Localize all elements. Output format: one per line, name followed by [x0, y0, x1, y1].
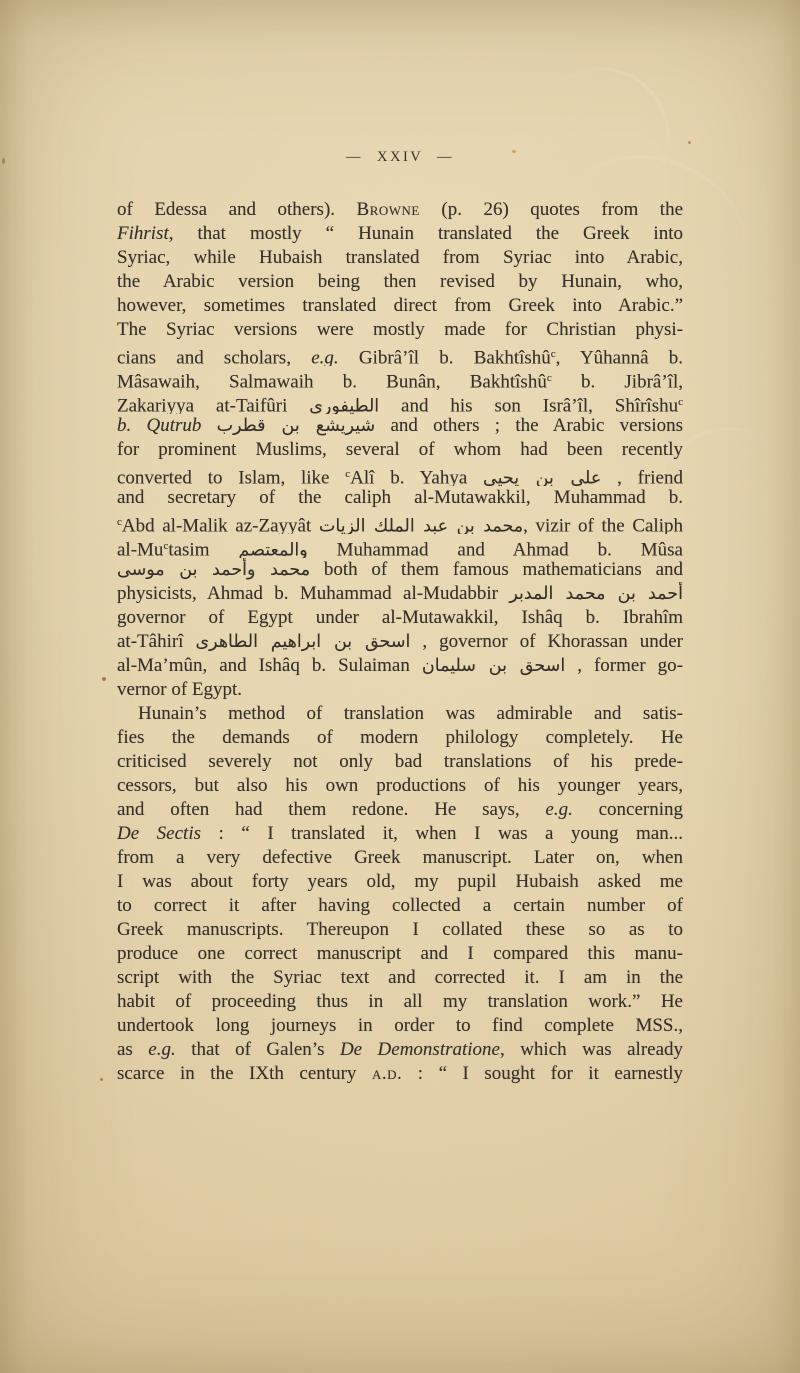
text-segment: that of Galen’s	[176, 1039, 340, 1060]
ink-speck	[100, 1078, 103, 1081]
arabic-phrase: الطيفورى	[309, 397, 379, 415]
text-segment: criticised severely not only bad transla…	[117, 751, 683, 772]
text-segment: from a very defective Greek manuscript. …	[117, 847, 683, 868]
text-segment: vernor of Egypt.	[117, 679, 242, 700]
text-segment: Mâsawaih, Salmawaih b. Bunân, Bakhtîshû	[117, 372, 547, 391]
text-segment: concerning	[573, 799, 683, 820]
text-segment: , that mostly “ Hunain translated the Gr…	[169, 223, 683, 244]
text-line: for prominent Muslims, several of whom h…	[117, 438, 683, 462]
text-segment: habit of proceeding thus in all my trans…	[117, 991, 683, 1012]
text-line: habit of proceeding thus in all my trans…	[117, 990, 683, 1014]
text-segment: for prominent Muslims, several of whom h…	[117, 439, 683, 460]
text-line: from a very defective Greek manuscript. …	[117, 846, 683, 870]
text-segment: and often had them redone. He says,	[117, 799, 545, 820]
text-segment: to correct it after having collected a c…	[117, 895, 683, 916]
book-page: — XXIV — of Edessa and others). Browne (…	[0, 0, 800, 1373]
text-segment: the Arabic version being then revised by…	[117, 271, 683, 292]
text-segment: Alî b. Yahya	[350, 468, 483, 487]
text-line: vernor of Egypt.	[117, 678, 683, 702]
text-segment: Browne	[357, 199, 420, 220]
text-segment: , friend	[601, 468, 683, 487]
text-line: at-Tâhirî اسحق بن ابراهيم الطاهرى , gove…	[117, 630, 683, 654]
text-segment: however, sometimes translated direct fro…	[117, 295, 683, 316]
text-segment: and secretary of the caliph al-Mutawakki…	[117, 487, 683, 508]
text-segment: Hunain’s method of translation was admir…	[138, 703, 683, 724]
text-segment: a.d.	[372, 1063, 402, 1084]
text-line: scarce in the IXth century a.d. : “ I so…	[117, 1062, 683, 1086]
text-segment: The Syriac versions were mostly made for…	[117, 319, 683, 340]
text-line: fies the demands of modern philology com…	[117, 726, 683, 750]
arabic-phrase: والمعتصم	[238, 541, 307, 559]
arabic-phrase: شيريشع بن قطرب	[217, 416, 376, 436]
ink-speck	[102, 677, 106, 681]
text-line: converted to Islam, like cAlî b. Yahya ع…	[117, 462, 683, 486]
text-segment: : “ I translated it, when I was a young …	[201, 823, 683, 844]
text-segment: Zakariyya at-Taifûri	[117, 396, 309, 415]
text-segment: scarce in the IXth century	[117, 1063, 372, 1084]
text-line: to correct it after having collected a c…	[117, 894, 683, 918]
text-segment: cessors, but also his own productions of…	[117, 775, 683, 796]
text-line: Fihrist, that mostly “ Hunain translated…	[117, 222, 683, 246]
text-segment: , Yûhannâ b.	[556, 348, 683, 367]
text-line: produce one correct manuscript and I com…	[117, 942, 683, 966]
text-line: however, sometimes translated direct fro…	[117, 294, 683, 318]
text-segment: produce one correct manuscript and I com…	[117, 943, 683, 964]
text-segment: Fihrist	[117, 223, 169, 244]
text-segment: Muhammad and Ahmad b. Mûsa	[308, 540, 683, 559]
text-segment: tasim	[168, 540, 238, 559]
text-segment: of Edessa and others).	[117, 199, 357, 220]
text-line: al-Muctasim والمعتصم Muhammad and Ahmad …	[117, 534, 683, 558]
text-segment: De Sectis	[117, 823, 201, 844]
text-segment: e.g.	[148, 1039, 175, 1060]
text-segment: Gibrâ’îl b. Bakhtîshû	[339, 348, 551, 367]
page-number: — XXIV —	[117, 149, 683, 171]
text-segment: , governor of Khorassan under	[410, 631, 683, 652]
arabic-phrase: محمد وأحمد بن موسى	[117, 560, 310, 580]
text-line: محمد وأحمد بن موسى both of them famous m…	[117, 558, 683, 582]
text-line: b. Qutrub شيريشع بن قطرب and others ; th…	[117, 414, 683, 438]
text-segment: e.g.	[311, 348, 338, 367]
text-line: Greek manuscripts. Thereupon I collated …	[117, 918, 683, 942]
text-segment: al-Mu	[117, 540, 163, 559]
text-line: criticised severely not only bad transla…	[117, 750, 683, 774]
text-segment: I was about forty years old, my pupil Hu…	[117, 871, 683, 892]
ink-speck	[2, 158, 5, 164]
text-segment: Syriac, while Hubaish translated from Sy…	[117, 247, 683, 268]
text-segment: script with the Syriac text and correcte…	[117, 967, 683, 988]
text-line: and often had them redone. He says, e.g.…	[117, 798, 683, 822]
text-segment: Abd al-Malik az-Zayyât	[122, 516, 319, 535]
text-segment: both of them famous mathematicians and	[310, 559, 683, 580]
text-segment: and his son Isrâ’îl, Shîrîshu	[379, 396, 678, 415]
text-segment	[201, 415, 216, 436]
text-segment: converted to Islam, like	[117, 468, 345, 487]
body-text: of Edessa and others). Browne (p. 26) qu…	[117, 198, 683, 1086]
text-segment: : “ I sought for it earnestly	[402, 1063, 683, 1084]
text-segment: cians and scholars,	[117, 348, 311, 367]
text-segment: , vizir of the Caliph	[523, 516, 683, 535]
text-line: al-Ma’mûn, and Ishâq b. Sulaiman اسحق بن…	[117, 654, 683, 678]
text-segment: governor of Egypt under al-Mutawakkil, I…	[117, 607, 683, 628]
text-segment: Greek manuscripts. Thereupon I collated …	[117, 919, 683, 940]
text-line: cians and scholars, e.g. Gibrâ’îl b. Bak…	[117, 342, 683, 366]
ink-speck	[688, 141, 691, 144]
text-segment: undertook long journeys in order to find…	[117, 1015, 683, 1036]
text-segment: at-Tâhirî	[117, 631, 195, 652]
text-segment: De Demonstratione	[340, 1039, 500, 1060]
arabic-phrase: أحمد بن محمد المدبر	[509, 584, 683, 604]
text-segment: b. Jibrâ’îl,	[552, 372, 683, 391]
arabic-phrase: اسحق بن ابراهيم الطاهرى	[195, 632, 410, 652]
text-line: the Arabic version being then revised by…	[117, 270, 683, 294]
text-segment: , former go-	[565, 655, 683, 676]
text-line: Hunain’s method of translation was admir…	[117, 702, 683, 726]
text-segment: , which was already	[500, 1039, 683, 1060]
arabic-phrase: محمد بن عبد الملك الزيات	[319, 517, 523, 535]
text-segment: c	[678, 396, 683, 408]
text-line: script with the Syriac text and correcte…	[117, 966, 683, 990]
text-line: Syriac, while Hubaish translated from Sy…	[117, 246, 683, 270]
paper-crease	[517, 43, 694, 218]
arabic-phrase: اسحق بن سليمان	[422, 656, 565, 676]
text-line: Mâsawaih, Salmawaih b. Bunân, Bakhtîshûc…	[117, 366, 683, 390]
text-line: governor of Egypt under al-Mutawakkil, I…	[117, 606, 683, 630]
text-line: physicists, Ahmad b. Muhammad al-Mudabbi…	[117, 582, 683, 606]
text-segment: and others ; the Arabic versions	[375, 415, 683, 436]
text-segment: b. Qutrub	[117, 415, 201, 436]
text-segment: e.g.	[545, 799, 572, 820]
text-line: cAbd al-Malik az-Zayyât محمد بن عبد المل…	[117, 510, 683, 534]
text-segment: physicists, Ahmad b. Muhammad al-Mudabbi…	[117, 583, 509, 604]
text-line: undertook long journeys in order to find…	[117, 1014, 683, 1038]
text-line: De Sectis : “ I translated it, when I wa…	[117, 822, 683, 846]
text-line: and secretary of the caliph al-Mutawakki…	[117, 486, 683, 510]
text-line: The Syriac versions were mostly made for…	[117, 318, 683, 342]
text-line: cessors, but also his own productions of…	[117, 774, 683, 798]
text-line: as e.g. that of Galen’s De Demonstration…	[117, 1038, 683, 1062]
text-line: I was about forty years old, my pupil Hu…	[117, 870, 683, 894]
text-segment: (p. 26) quotes from the	[420, 199, 683, 220]
text-segment: al-Ma’mûn, and Ishâq b. Sulaiman	[117, 655, 422, 676]
text-line: of Edessa and others). Browne (p. 26) qu…	[117, 198, 683, 222]
arabic-phrase: على بن يحيى	[483, 469, 601, 487]
text-line: Zakariyya at-Taifûri الطيفورى and his so…	[117, 390, 683, 414]
text-segment: fies the demands of modern philology com…	[117, 727, 683, 748]
text-segment: as	[117, 1039, 148, 1060]
